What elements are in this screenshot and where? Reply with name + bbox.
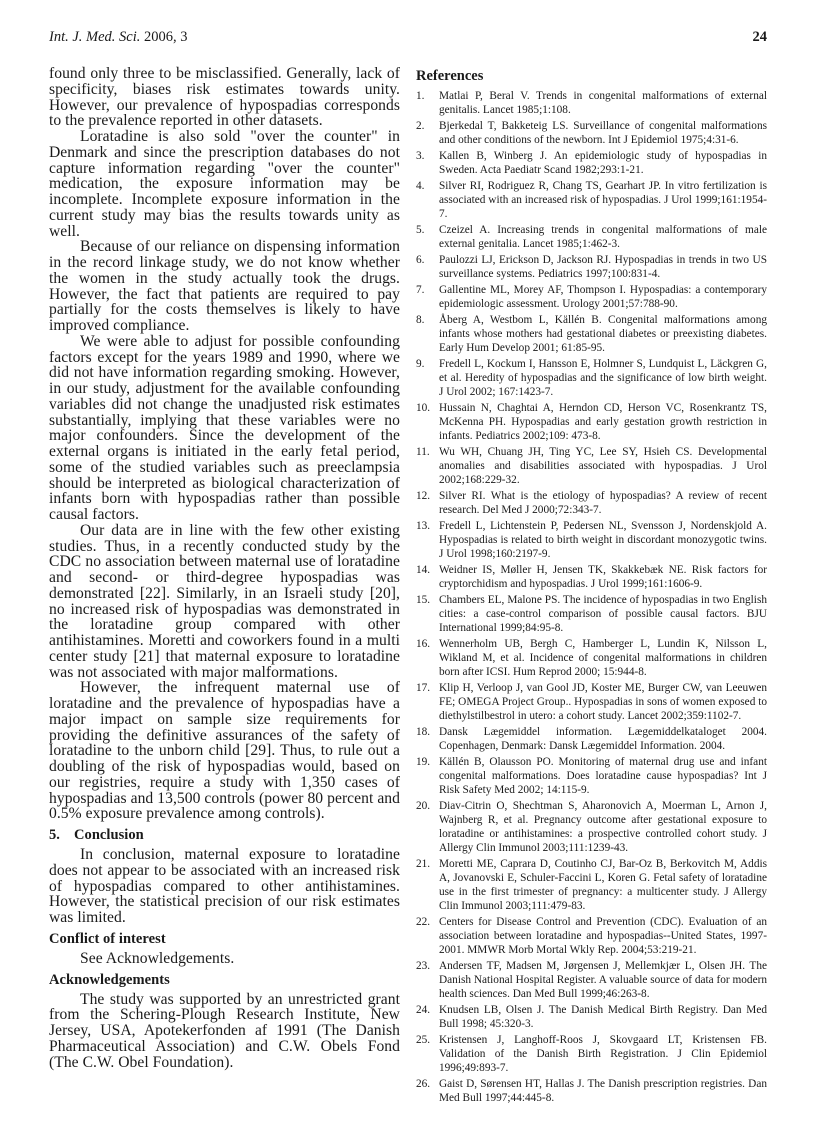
reference-item: 17.Klip H, Verloop J, van Gool JD, Koste… xyxy=(416,681,767,723)
reference-number: 26. xyxy=(416,1077,430,1091)
journal-name: Int. J. Med. Sci. xyxy=(49,29,140,45)
conclusion-paragraph: In conclusion, maternal exposure to lora… xyxy=(49,847,400,926)
reference-text: Diav-Citrin O, Shechtman S, Aharonovich … xyxy=(439,800,767,854)
reference-item: 5.Czeizel A. Increasing trends in congen… xyxy=(416,223,767,251)
reference-item: 18.Dansk Lægemiddel information. Lægemid… xyxy=(416,725,767,753)
reference-number: 14. xyxy=(416,563,430,577)
conflict-heading: Conflict of interest xyxy=(49,931,400,947)
reference-text: Wu WH, Chuang JH, Ting YC, Lee SY, Hsieh… xyxy=(439,446,767,486)
reference-number: 16. xyxy=(416,637,430,651)
reference-text: Czeizel A. Increasing trends in congenit… xyxy=(439,224,767,250)
reference-text: Centers for Disease Control and Preventi… xyxy=(439,916,767,956)
reference-number: 21. xyxy=(416,857,430,871)
reference-item: 26.Gaist D, Sørensen HT, Hallas J. The D… xyxy=(416,1077,767,1105)
reference-item: 24.Knudsen LB, Olsen J. The Danish Medic… xyxy=(416,1003,767,1031)
reference-text: Fredell L, Lichtenstein P, Pedersen NL, … xyxy=(439,520,767,560)
reference-item: 11.Wu WH, Chuang JH, Ting YC, Lee SY, Hs… xyxy=(416,445,767,487)
reference-item: 7.Gallentine ML, Morey AF, Thompson I. H… xyxy=(416,283,767,311)
reference-item: 20.Diav-Citrin O, Shechtman S, Aharonovi… xyxy=(416,799,767,855)
reference-item: 13.Fredell L, Lichtenstein P, Pedersen N… xyxy=(416,519,767,561)
section-number: 5. xyxy=(49,827,74,843)
reference-number: 2. xyxy=(416,119,424,133)
reference-text: Bjerkedal T, Bakketeig LS. Surveillance … xyxy=(439,120,767,146)
reference-number: 23. xyxy=(416,959,430,973)
reference-item: 19.Källén B, Olausson PO. Monitoring of … xyxy=(416,755,767,797)
reference-text: Dansk Lægemiddel information. Lægemiddel… xyxy=(439,726,767,752)
reference-item: 9.Fredell L, Kockum I, Hansson E, Holmne… xyxy=(416,357,767,399)
reference-item: 6.Paulozzi LJ, Erickson D, Jackson RJ. H… xyxy=(416,253,767,281)
reference-number: 19. xyxy=(416,755,430,769)
reference-number: 11. xyxy=(416,445,430,459)
reference-number: 17. xyxy=(416,681,430,695)
reference-text: Gaist D, Sørensen HT, Hallas J. The Dani… xyxy=(439,1078,767,1104)
reference-text: Wennerholm UB, Bergh C, Hamberger L, Lun… xyxy=(439,638,767,678)
body-paragraph: found only three to be misclassified. Ge… xyxy=(49,66,400,129)
reference-text: Silver RI. What is the etiology of hypos… xyxy=(439,490,767,516)
reference-item: 16.Wennerholm UB, Bergh C, Hamberger L, … xyxy=(416,637,767,679)
reference-number: 5. xyxy=(416,223,424,237)
reference-item: 21.Moretti ME, Caprara D, Coutinho CJ, B… xyxy=(416,857,767,913)
reference-number: 20. xyxy=(416,799,430,813)
reference-number: 9. xyxy=(416,357,424,371)
reference-text: Åberg A, Westbom L, Källén B. Congenital… xyxy=(439,314,767,354)
reference-number: 10. xyxy=(416,401,430,415)
conflict-paragraph: See Acknowledgements. xyxy=(49,951,400,967)
reference-text: Källén B, Olausson PO. Monitoring of mat… xyxy=(439,756,767,796)
reference-item: 8.Åberg A, Westbom L, Källén B. Congenit… xyxy=(416,313,767,355)
reference-number: 7. xyxy=(416,283,424,297)
reference-number: 4. xyxy=(416,179,424,193)
reference-text: Weidner IS, Møller H, Jensen TK, Skakkeb… xyxy=(439,564,767,590)
reference-item: 2.Bjerkedal T, Bakketeig LS. Surveillanc… xyxy=(416,119,767,147)
conclusion-heading: 5.Conclusion xyxy=(49,827,400,843)
reference-text: Moretti ME, Caprara D, Coutinho CJ, Bar-… xyxy=(439,858,767,912)
section-title: Conclusion xyxy=(74,827,144,843)
reference-item: 25.Kristensen J, Langhoff-Roos J, Skovga… xyxy=(416,1033,767,1075)
reference-text: Knudsen LB, Olsen J. The Danish Medical … xyxy=(439,1004,767,1030)
reference-text: Matlai P, Beral V. Trends in congenital … xyxy=(439,90,767,116)
reference-text: Fredell L, Kockum I, Hansson E, Holmner … xyxy=(439,358,767,398)
reference-item: 4.Silver RI, Rodriguez R, Chang TS, Gear… xyxy=(416,179,767,221)
references-section: References 1.Matlai P, Beral V. Trends i… xyxy=(416,67,767,1107)
reference-text: Gallentine ML, Morey AF, Thompson I. Hyp… xyxy=(439,284,767,310)
body-paragraph: Loratadine is also sold "over the counte… xyxy=(49,129,400,239)
reference-number: 15. xyxy=(416,593,430,607)
body-paragraph: Because of our reliance on dispensing in… xyxy=(49,239,400,334)
body-paragraph: However, the infrequent maternal use of … xyxy=(49,680,400,822)
left-column: found only three to be misclassified. Ge… xyxy=(49,66,400,1070)
reference-number: 24. xyxy=(416,1003,430,1017)
reference-item: 15.Chambers EL, Malone PS. The incidence… xyxy=(416,593,767,635)
reference-number: 6. xyxy=(416,253,424,267)
reference-text: Silver RI, Rodriguez R, Chang TS, Gearha… xyxy=(439,180,767,220)
body-paragraph: Our data are in line with the few other … xyxy=(49,523,400,681)
reference-number: 18. xyxy=(416,725,430,739)
reference-item: 1.Matlai P, Beral V. Trends in congenita… xyxy=(416,89,767,117)
reference-item: 23.Andersen TF, Madsen M, Jørgensen J, M… xyxy=(416,959,767,1001)
reference-number: 13. xyxy=(416,519,430,533)
running-header: Int. J. Med. Sci. 2006, 3 24 xyxy=(49,29,767,49)
reference-text: Andersen TF, Madsen M, Jørgensen J, Mell… xyxy=(439,960,767,1000)
reference-number: 8. xyxy=(416,313,424,327)
page-number: 24 xyxy=(753,29,768,46)
reference-text: Paulozzi LJ, Erickson D, Jackson RJ. Hyp… xyxy=(439,254,767,280)
reference-list: 1.Matlai P, Beral V. Trends in congenita… xyxy=(416,89,767,1106)
reference-text: Klip H, Verloop J, van Gool JD, Koster M… xyxy=(439,682,767,722)
reference-text: Hussain N, Chaghtai A, Herndon CD, Herso… xyxy=(439,402,767,442)
acknowledgements-paragraph: The study was supported by an unrestrict… xyxy=(49,992,400,1071)
reference-text: Kallen B, Winberg J. An epidemiologic st… xyxy=(439,150,767,176)
reference-item: 12.Silver RI. What is the etiology of hy… xyxy=(416,489,767,517)
acknowledgements-heading: Acknowledgements xyxy=(49,972,400,988)
journal-year-volume: 2006, 3 xyxy=(140,29,187,45)
reference-number: 1. xyxy=(416,89,424,103)
reference-number: 22. xyxy=(416,915,430,929)
reference-item: 10.Hussain N, Chaghtai A, Herndon CD, He… xyxy=(416,401,767,443)
reference-number: 3. xyxy=(416,149,424,163)
reference-item: 3.Kallen B, Winberg J. An epidemiologic … xyxy=(416,149,767,177)
journal-citation: Int. J. Med. Sci. 2006, 3 xyxy=(49,29,188,46)
reference-item: 22.Centers for Disease Control and Preve… xyxy=(416,915,767,957)
reference-number: 12. xyxy=(416,489,430,503)
reference-number: 25. xyxy=(416,1033,430,1047)
references-heading: References xyxy=(416,67,767,85)
reference-item: 14.Weidner IS, Møller H, Jensen TK, Skak… xyxy=(416,563,767,591)
reference-text: Kristensen J, Langhoff-Roos J, Skovgaard… xyxy=(439,1034,767,1074)
reference-text: Chambers EL, Malone PS. The incidence of… xyxy=(439,594,767,634)
body-paragraph: We were able to adjust for possible conf… xyxy=(49,334,400,523)
